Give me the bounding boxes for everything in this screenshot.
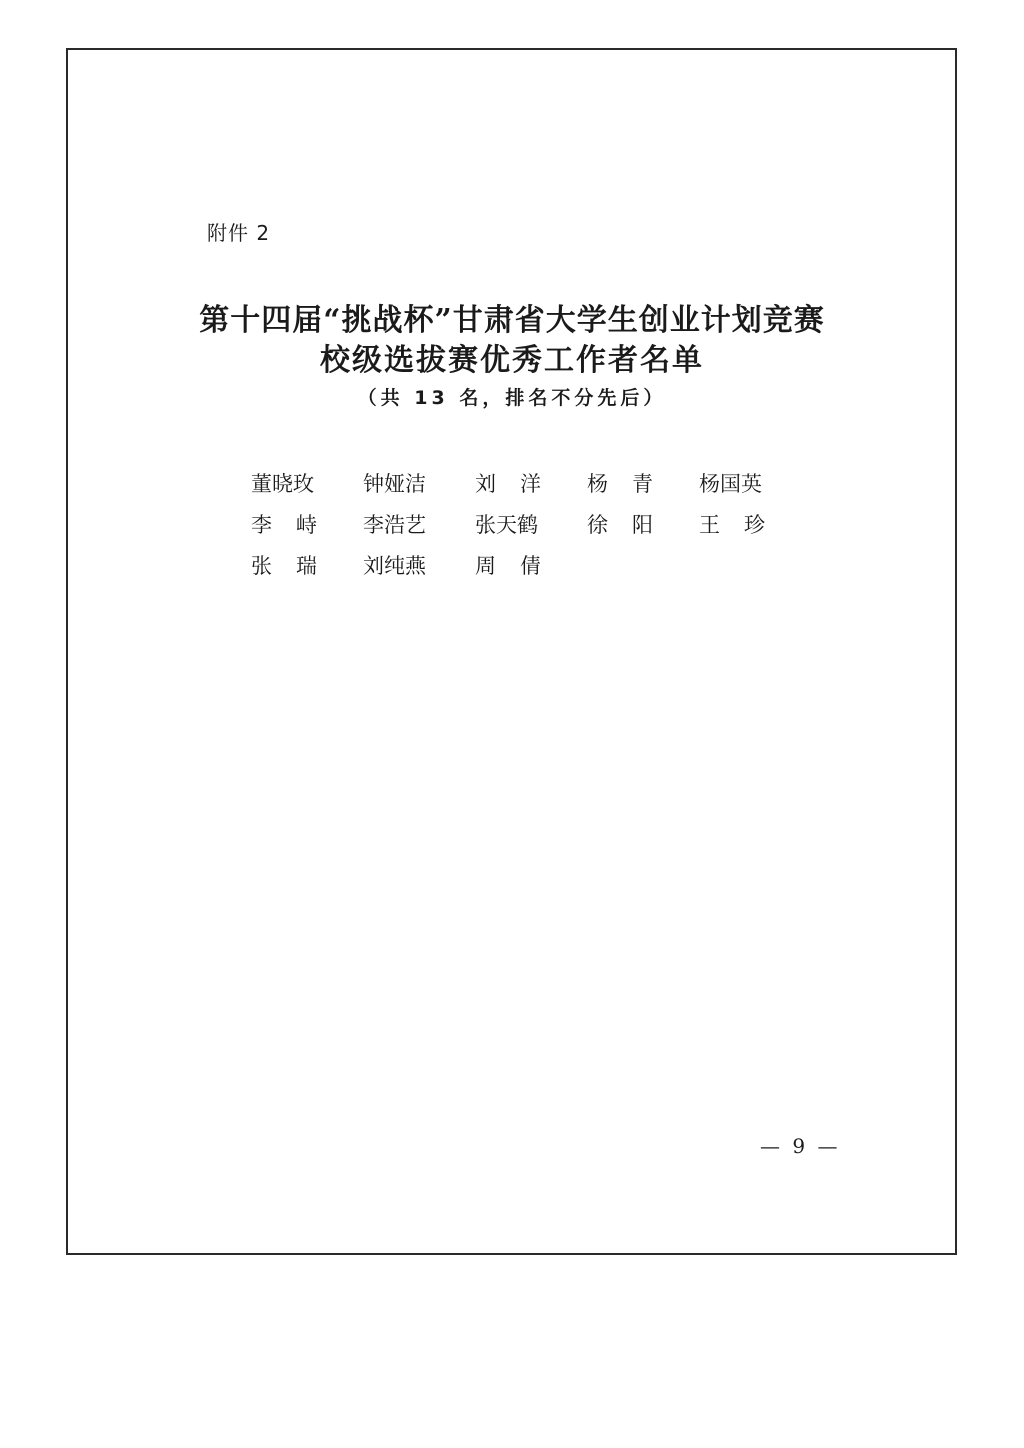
- name-entry: 刘纯燕: [363, 550, 475, 580]
- name-row: 李峙李浩艺张天鹤徐阳王珍: [251, 503, 811, 544]
- name-entry: 徐阳: [587, 509, 653, 539]
- name-entry: 李浩艺: [363, 509, 475, 539]
- name-entry: 杨国英: [699, 468, 811, 498]
- name-entry: 李峙: [251, 509, 317, 539]
- document-subtitle: （共 13 名，排名不分先后）: [0, 383, 1024, 410]
- name-entry: 刘洋: [475, 468, 541, 498]
- name-entry: 王珍: [699, 509, 765, 539]
- page-frame: [66, 48, 957, 1255]
- document-title-line2: 校级选拔赛优秀工作者名单: [0, 335, 1024, 379]
- name-entry: 钟娅洁: [363, 468, 475, 498]
- name-row: 张瑞刘纯燕周倩: [251, 544, 811, 585]
- name-entry: 杨青: [587, 468, 653, 498]
- name-entry: 张瑞: [251, 550, 317, 580]
- name-list: 董晓玫钟娅洁刘洋杨青杨国英李峙李浩艺张天鹤徐阳王珍张瑞刘纯燕周倩: [251, 462, 811, 585]
- document-title-line1: 第十四届“挑战杯”甘肃省大学生创业计划竞赛: [0, 295, 1024, 339]
- attachment-label: 附件 2: [207, 217, 270, 246]
- name-entry: 周倩: [475, 550, 541, 580]
- name-entry: 张天鹤: [475, 509, 587, 539]
- name-row: 董晓玫钟娅洁刘洋杨青杨国英: [251, 462, 811, 503]
- name-entry: 董晓玫: [251, 468, 363, 498]
- page-number: — 9 —: [760, 1134, 840, 1158]
